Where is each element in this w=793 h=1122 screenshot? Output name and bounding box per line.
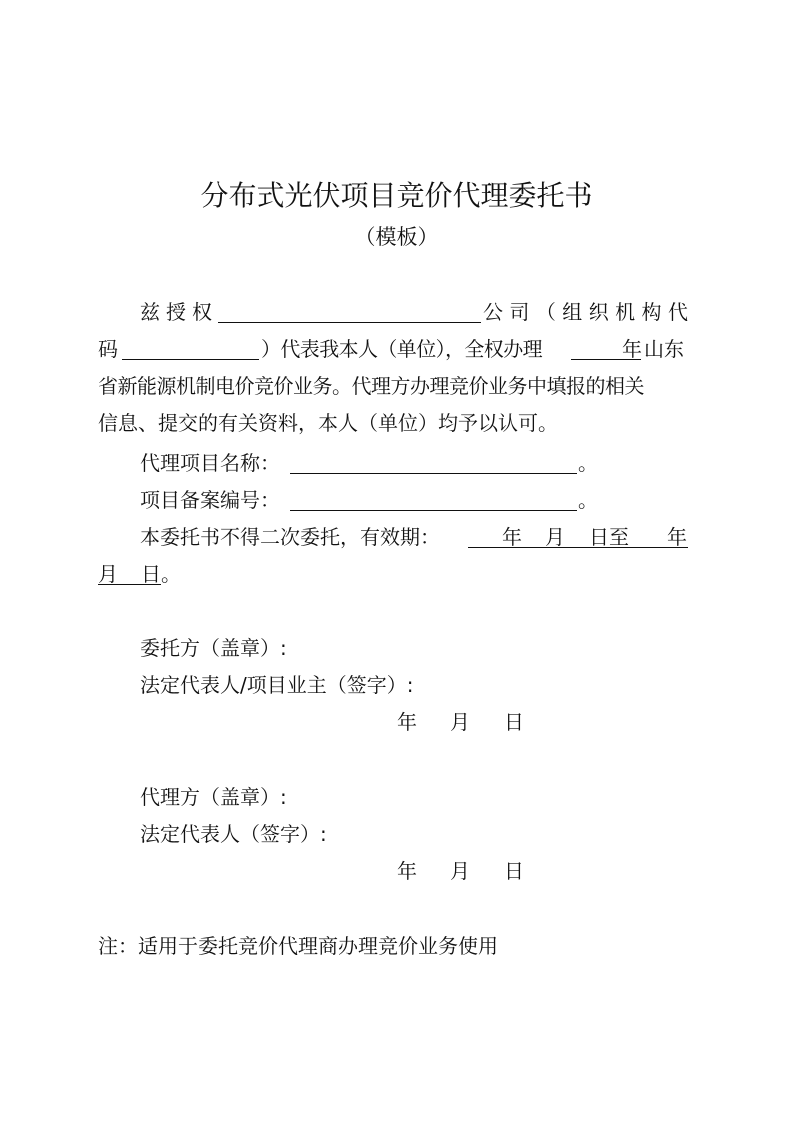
record-number-field[interactable]	[290, 488, 577, 511]
record-number-label: 项目备案编号：	[140, 486, 280, 514]
principal-date-month: 月	[450, 708, 470, 736]
char: 机	[615, 298, 635, 326]
char: 授	[166, 300, 192, 324]
char: 代	[668, 298, 688, 326]
char: 兹	[140, 300, 166, 324]
principal-date-day: 日	[504, 708, 524, 736]
validity-label: 本委托书不得二次委托，有效期：	[140, 523, 440, 551]
document-page: 分布式光伏项目竞价代理委托书 （模板） 兹授权 公 司 （ 组 织 机 构 代 …	[0, 0, 793, 1122]
project-name-label: 代理项目名称：	[140, 449, 280, 477]
representation-text: ）代表我本人（单位），全权办理	[261, 335, 542, 363]
year-label: 年	[622, 335, 642, 363]
authorization-line-4: 信息、提交的有关资料，本人（单位）均予以认可。	[98, 409, 558, 437]
end-month-label: 月	[98, 560, 118, 588]
char: 公	[483, 298, 503, 326]
authorize-prefix: 兹授权	[140, 298, 218, 326]
period: 。	[578, 486, 598, 514]
char: 织	[589, 298, 609, 326]
document-subtitle: （模板）	[0, 222, 793, 252]
char: 构	[642, 298, 662, 326]
code-label: 码	[98, 335, 118, 363]
principal-signer-label: 法定代表人/项目业主（签字）:	[140, 671, 413, 699]
agent-seal-label: 代理方（盖章）:	[140, 783, 287, 811]
start-year-label: 年	[502, 523, 522, 551]
organization-code-field[interactable]	[122, 337, 259, 360]
char: 司	[509, 298, 529, 326]
end-year-label: 年	[667, 523, 687, 551]
period: 。	[161, 560, 181, 588]
char: 权	[192, 300, 218, 324]
company-suffix: 公 司 （ 组 织 机 构 代	[483, 298, 688, 326]
agent-date-month: 月	[450, 857, 470, 885]
company-name-field[interactable]	[218, 300, 481, 323]
start-month-label: 月	[545, 523, 565, 551]
document-title: 分布式光伏项目竞价代理委托书	[0, 178, 793, 214]
char: （	[536, 298, 556, 326]
char: 组	[562, 298, 582, 326]
validity-period-field[interactable]	[468, 525, 688, 548]
start-day-label: 日至	[589, 523, 629, 551]
principal-seal-label: 委托方（盖章）:	[140, 634, 287, 662]
agent-signer-label: 法定代表人（签字）:	[140, 820, 327, 848]
agent-date-year: 年	[397, 857, 417, 885]
end-day-label: 日	[141, 560, 161, 588]
period: 。	[578, 449, 598, 477]
usage-note: 注：适用于委托竞价代理商办理竞价业务使用	[98, 932, 498, 960]
principal-date-year: 年	[397, 708, 417, 736]
province-text: 山东	[644, 335, 684, 363]
agent-date-day: 日	[504, 857, 524, 885]
authorization-line-3: 省新能源机制电价竞价业务。代理方办理竞价业务中填报的相关	[98, 372, 688, 400]
project-name-field[interactable]	[290, 451, 577, 474]
